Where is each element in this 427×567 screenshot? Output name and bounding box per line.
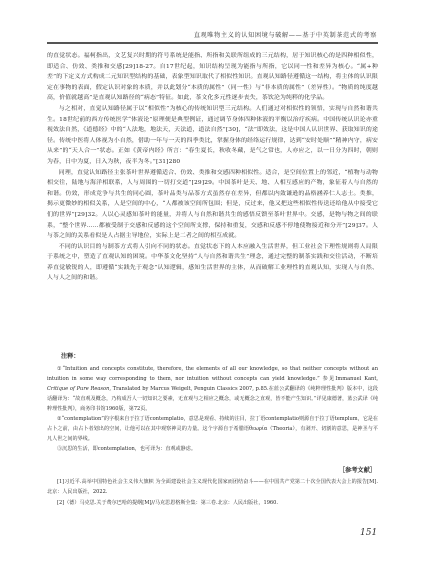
paragraph: 的直觉状态。福柯指出，文艺复兴时期的符号系统是能指、所指和关联所组成的三元结构，…	[47, 51, 378, 104]
reference-item: [1]习近平.高举中国特色社会主义伟大旗帜 为全面建设社会主义现代化国家而团结奋…	[47, 477, 378, 498]
note-item: ②“contemplation”的字根来自于拉丁语contemplatio，意思…	[47, 414, 378, 444]
references-section: ［参考文献］ [1]习近平.高举中国特色社会主义伟大旗帜 为全面建设社会主义现代…	[47, 466, 378, 508]
book-title: Critique of Pure Reason	[47, 386, 109, 392]
header-rule	[47, 42, 378, 44]
reference-item: [2]（德）马克思.关于费尔巴哈的提纲[M]//马克思恩格斯全集：第三卷.北京：…	[47, 498, 378, 509]
references-heading: ［参考文献］	[47, 466, 376, 477]
notes-heading: 注释：	[61, 352, 378, 362]
paragraph: 与之相对，直觉认知路径属于以“相似性”为核心的传统知识型三元结构。人们通过对相似…	[47, 104, 378, 168]
notes-section: 注释： ①“Intuition and concepts constitute,…	[47, 352, 378, 454]
page-number: 151	[360, 528, 377, 538]
body-text: 的直觉状态。福柯指出，文艺复兴时期的符号系统是能指、所指和关联所组成的三元结构，…	[47, 51, 378, 284]
running-title: 直观唯物主义的认知困境与破解——基于中英制茶范式的考察	[194, 30, 377, 39]
note-item: ③沉思的生活，即contemplation，也可译为：直观或静虑。	[47, 444, 378, 454]
paragraph: 不同的认识目的与制茶方式将人引向不同的状态。直觉状态下的人本应融入生活世界，但工…	[47, 242, 378, 284]
note-item: ①“Intuition and concepts constitute, the…	[47, 364, 378, 414]
paragraph: 同理，直觉认知路径主张茶叶世界遵循适合、仿效、类推和交感四种相似性。适合，是空间…	[47, 168, 378, 242]
